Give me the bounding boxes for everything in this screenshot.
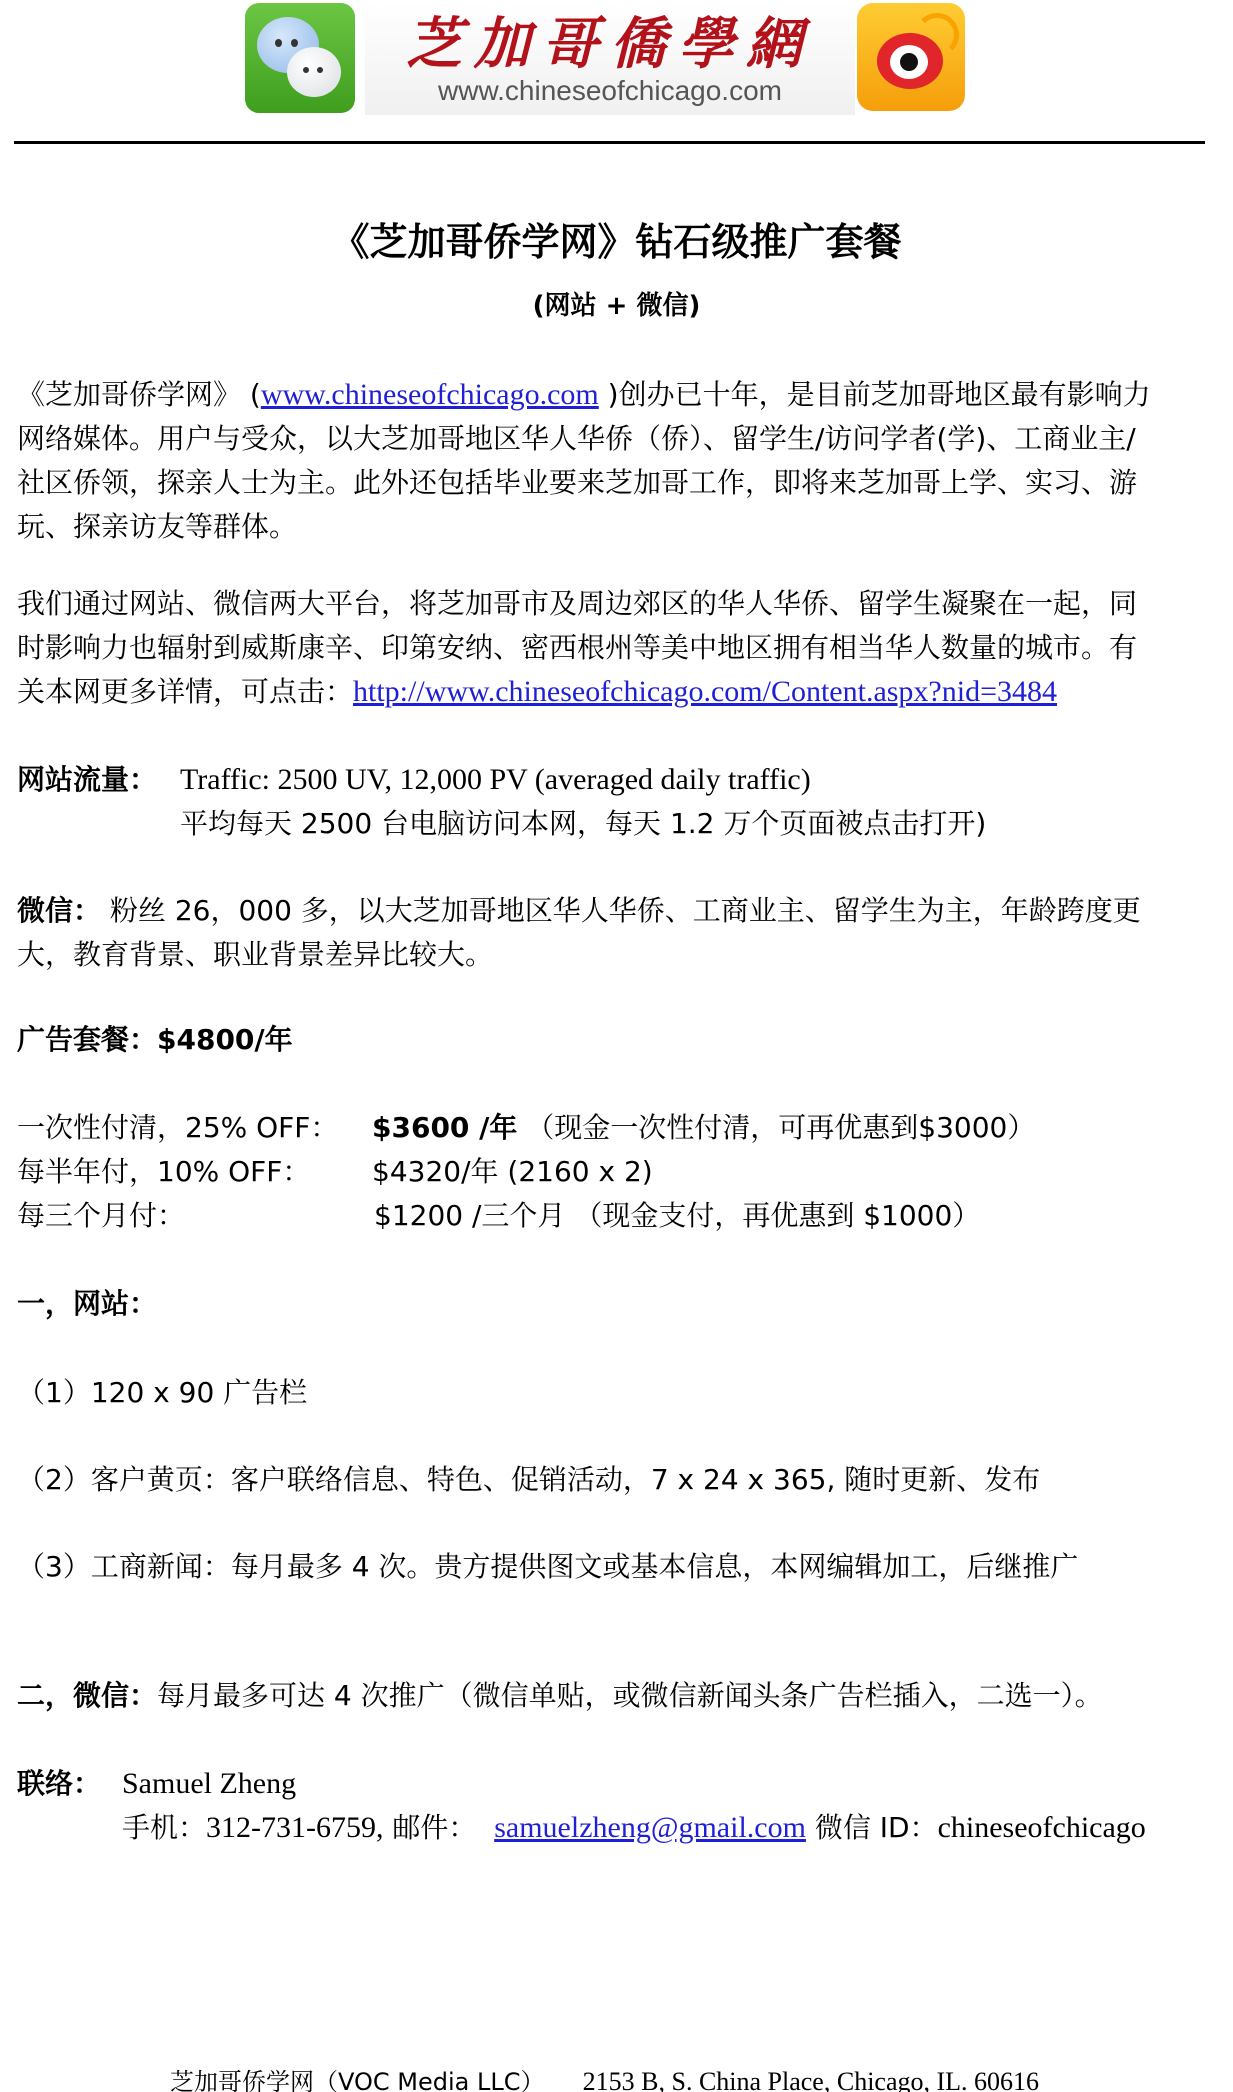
website-item: （1）120 x 90 广告栏: [17, 1373, 307, 1413]
traffic-label: 网站流量：: [17, 760, 157, 800]
contact-name: Samuel Zheng: [122, 1764, 296, 1804]
website-section-heading: 一，网站：: [17, 1284, 157, 1324]
wechat-icon: [245, 3, 355, 113]
contact-details: 手机：312-731-6759, 邮件： samuelzheng@gmail.c…: [122, 1808, 1146, 1848]
header-divider: [14, 141, 1205, 144]
wechat-paragraph: 微信： 粉丝 26，000 多，以大芝加哥地区华人华侨、工商业主、留学生为主，年…: [17, 889, 1202, 977]
header-banner: 芝加哥僑學網 www.chineseofchicago.com: [245, 3, 965, 115]
footer-org: 芝加哥侨学网（VOC Media LLC）: [170, 2068, 544, 2092]
site-logo-cn: 芝加哥僑學網: [365, 3, 855, 81]
platforms-text: 时影响力也辐射到威斯康辛、印第安纳、密西根州等美中地区拥有相当华人数量的城市。有: [17, 626, 1202, 670]
option-term: 一次性付清，25% OFF：: [17, 1108, 338, 1148]
footer-address: 2153 B, S. China Place, Chicago, IL. 606…: [583, 2067, 1039, 2092]
site-logo-url: www.chineseofchicago.com: [365, 77, 855, 105]
wechat-section: 二，微信：每月最多可达 4 次推广（微信单贴，或微信新闻头条广告栏插入，二选一）…: [17, 1676, 1103, 1716]
option-price-detail: $1200 /三个月 （现金支付，再优惠到 $1000）: [374, 1196, 980, 1236]
platforms-text: 关本网更多详情，可点击：: [17, 675, 353, 708]
page-title: 《芝加哥侨学网》钻石级推广套餐: [0, 211, 1233, 266]
contact-label: 联络：: [17, 1764, 101, 1804]
weibo-icon: [857, 3, 965, 111]
intro-text: 网络媒体。用户与受众，以大芝加哥地区华人华侨（侨）、留学生/访问学者(学)、工商…: [17, 417, 1202, 461]
wechat-text: 大，教育背景、职业背景差异比较大。: [17, 933, 1202, 977]
package-price: 广告套餐：$4800/年: [17, 1020, 293, 1060]
option-price-detail: $4320/年 (2160 x 2): [372, 1152, 653, 1192]
traffic-stats: Traffic: 2500 UV, 12,000 PV (averaged da…: [180, 760, 811, 800]
traffic-description: 平均每天 2500 台电脑访问本网，每天 1.2 万个页面被点击打开): [180, 804, 986, 844]
intro-text: 玩、探亲访友等群体。: [17, 505, 1202, 549]
wechat-label: 微信：: [17, 894, 101, 927]
intro-text: 社区侨领，探亲人士为主。此外还包括毕业要来芝加哥工作，即将来芝加哥上学、实习、游: [17, 461, 1202, 505]
site-logo: 芝加哥僑學網 www.chineseofchicago.com: [365, 3, 855, 115]
contact-wechat-id: chineseofchicago: [938, 1811, 1146, 1844]
contact-phone: 312-731-6759,: [206, 1811, 383, 1844]
intro-text: 《芝加哥侨学网》 (: [17, 378, 261, 411]
platforms-text: 我们通过网站、微信两大平台，将芝加哥市及周边郊区的华人华侨、留学生凝聚在一起，同: [17, 582, 1202, 626]
wechat-text: 粉丝 26，000 多，以大芝加哥地区华人华侨、工商业主、留学生为主，年龄跨度更: [101, 894, 1141, 927]
intro-text: )创办已十年，是目前芝加哥地区最有影响力: [599, 378, 1151, 411]
details-link[interactable]: http://www.chineseofchicago.com/Content.…: [353, 675, 1057, 708]
page-subtitle: (网站 + 微信): [0, 285, 1233, 322]
site-link[interactable]: www.chineseofchicago.com: [261, 378, 599, 411]
wechat-section-heading: 二，微信：: [17, 1679, 157, 1712]
option-price-detail: $3600 /年 （现金一次性付清，可再优惠到$3000）: [372, 1108, 1035, 1148]
footer: 芝加哥侨学网（VOC Media LLC） 2153 B, S. China P…: [170, 2062, 1039, 2092]
website-item: （2）客户黄页：客户联络信息、特色、促销活动，7 x 24 x 365, 随时更…: [17, 1460, 1040, 1500]
contact-email-link[interactable]: samuelzheng@gmail.com: [494, 1811, 806, 1844]
platforms-paragraph: 我们通过网站、微信两大平台，将芝加哥市及周边郊区的华人华侨、留学生凝聚在一起，同…: [17, 582, 1202, 714]
option-term: 每三个月付：: [17, 1196, 185, 1236]
option-term: 每半年付，10% OFF：: [17, 1152, 310, 1192]
website-item: （3）工商新闻：每月最多 4 次。贵方提供图文或基本信息，本网编辑加工，后继推广: [17, 1547, 1078, 1587]
intro-paragraph: 《芝加哥侨学网》 (www.chineseofchicago.com )创办已十…: [17, 373, 1202, 549]
